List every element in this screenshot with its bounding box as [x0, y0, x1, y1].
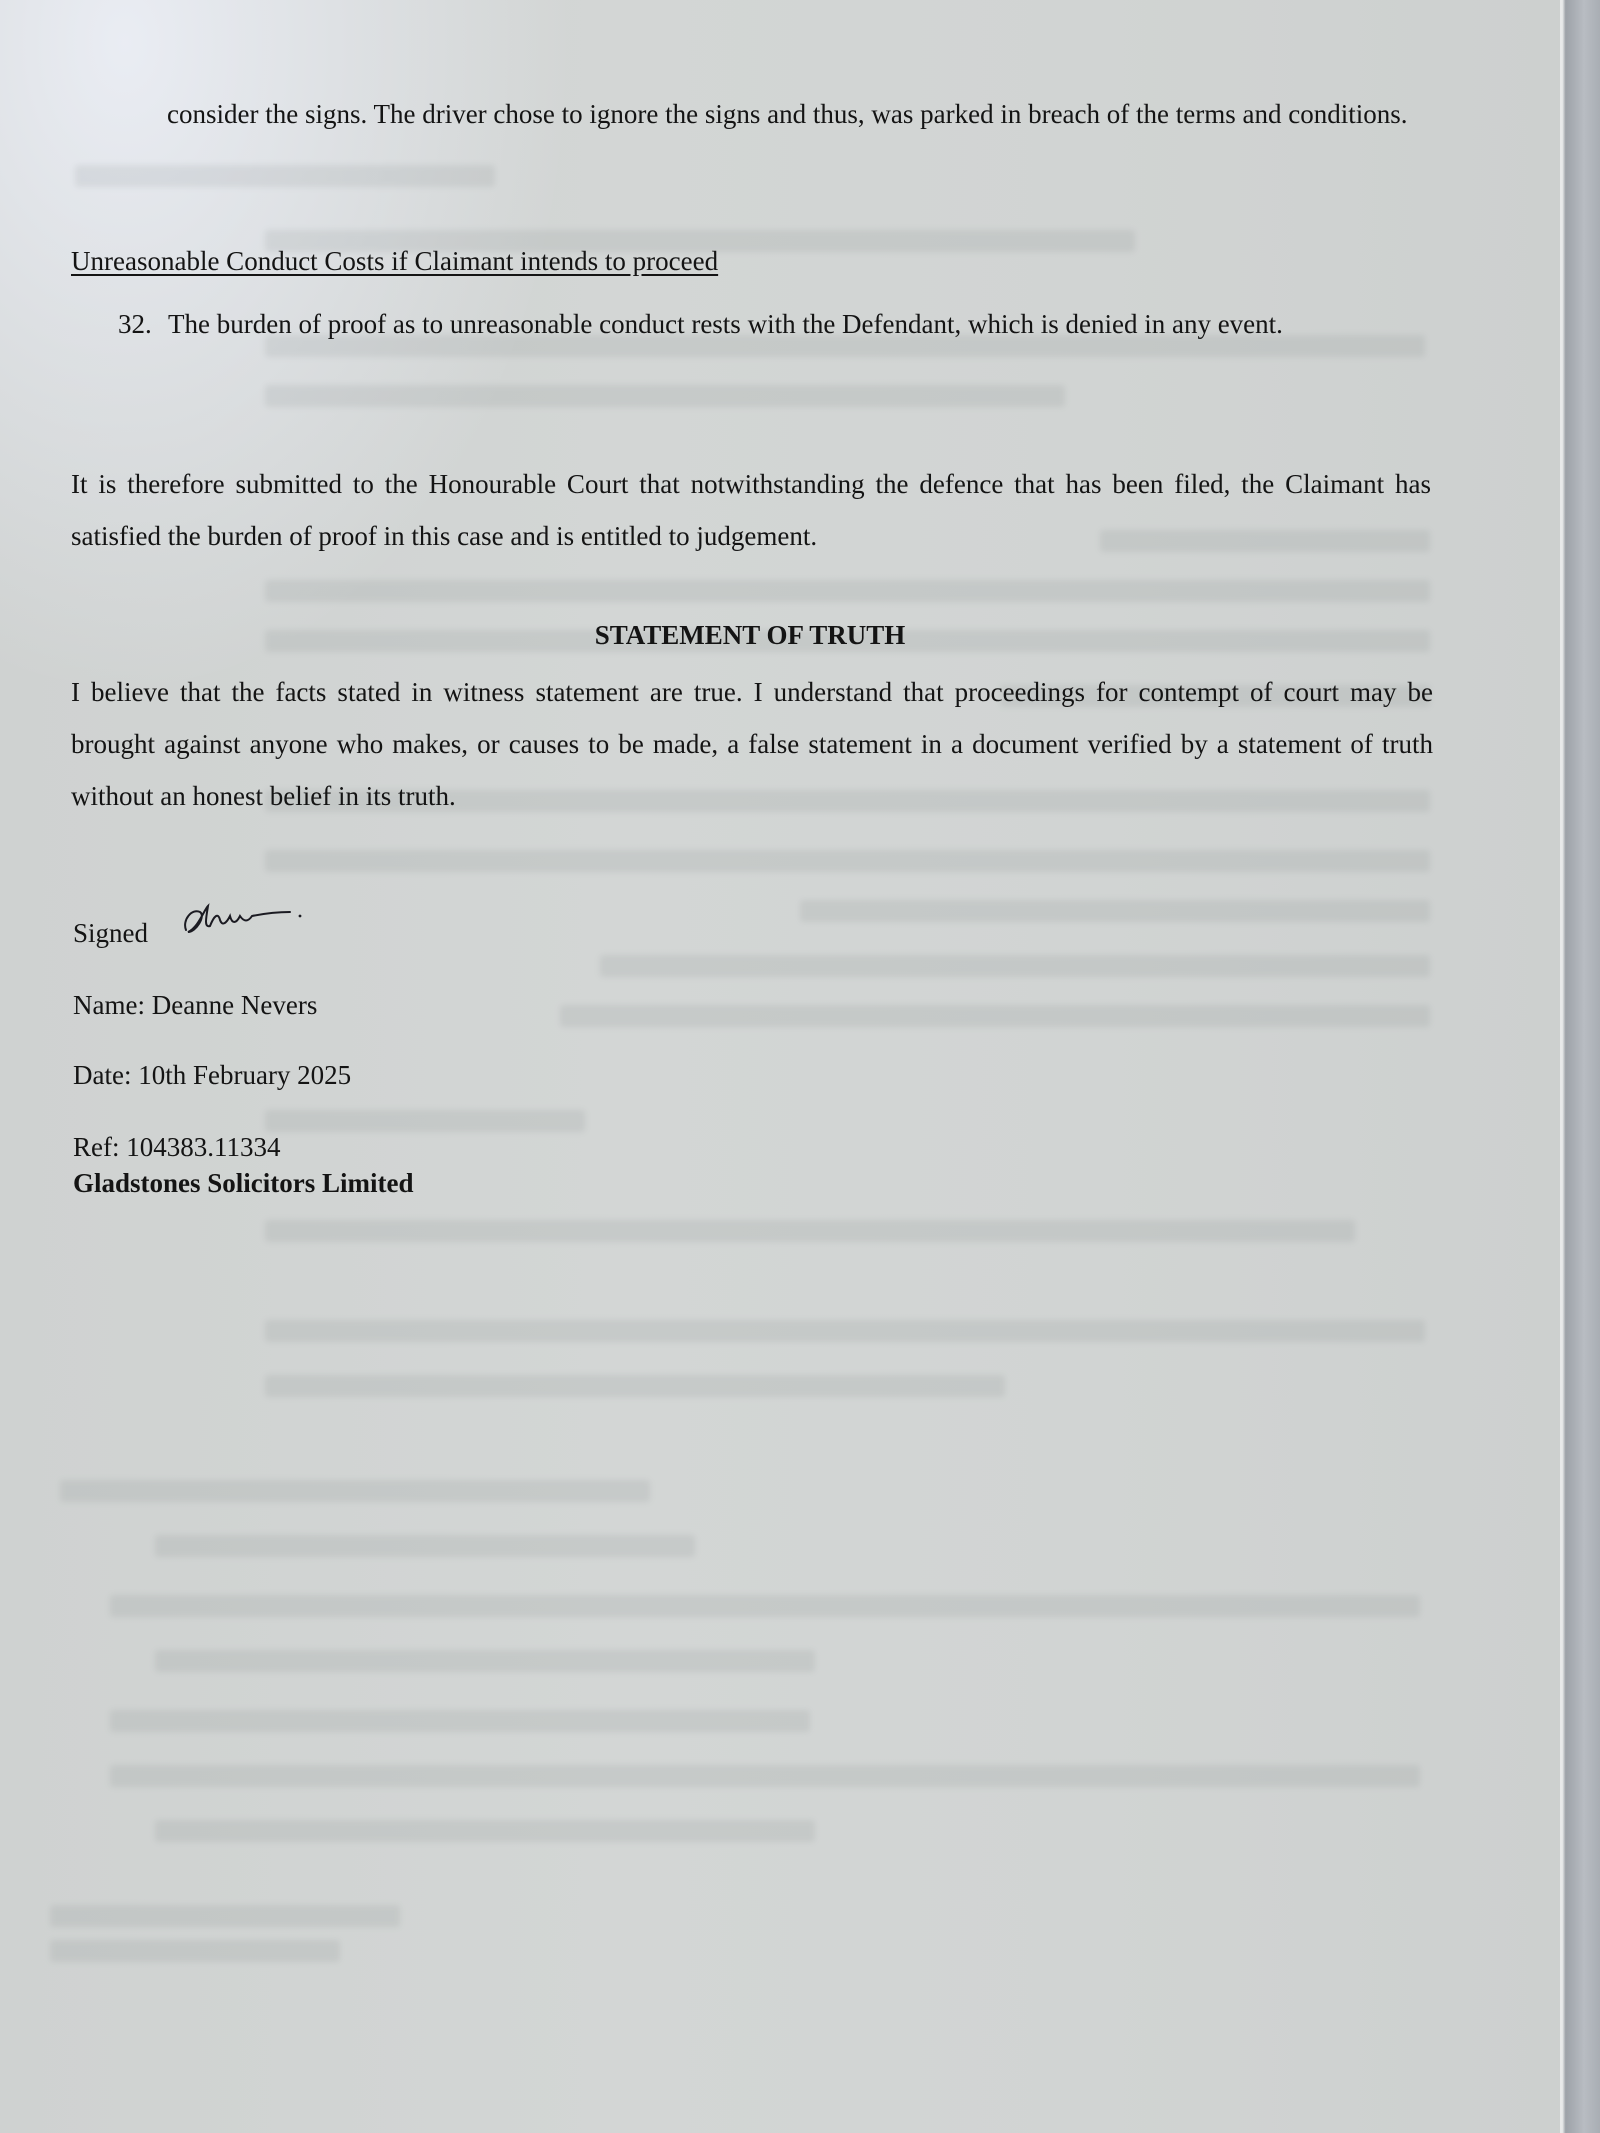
statement-of-truth-body: I believe that the facts stated in witne…: [71, 666, 1433, 822]
section-heading: Unreasonable Conduct Costs if Claimant i…: [71, 246, 718, 277]
item-text: The burden of proof as to unreasonable c…: [168, 300, 1430, 348]
document-page: consider the signs. The driver chose to …: [0, 0, 1560, 2133]
statement-of-truth-title: STATEMENT OF TRUTH: [0, 620, 1500, 651]
date-line: Date: 10th February 2025: [73, 1060, 351, 1091]
reference-line: Ref: 104383.11334: [73, 1132, 280, 1163]
item-number: 32.: [118, 300, 152, 348]
page-edge-shadow: [1560, 0, 1600, 2133]
name-line: Name: Deanne Nevers: [73, 990, 317, 1021]
numbered-item: 32. The burden of proof as to unreasonab…: [118, 300, 1430, 348]
handwritten-signature: [178, 898, 308, 948]
continuation-paragraph: consider the signs. The driver chose to …: [167, 88, 1429, 140]
submission-paragraph: It is therefore submitted to the Honoura…: [71, 458, 1431, 562]
signed-label: Signed: [73, 918, 148, 949]
firm-name: Gladstones Solicitors Limited: [73, 1168, 414, 1199]
